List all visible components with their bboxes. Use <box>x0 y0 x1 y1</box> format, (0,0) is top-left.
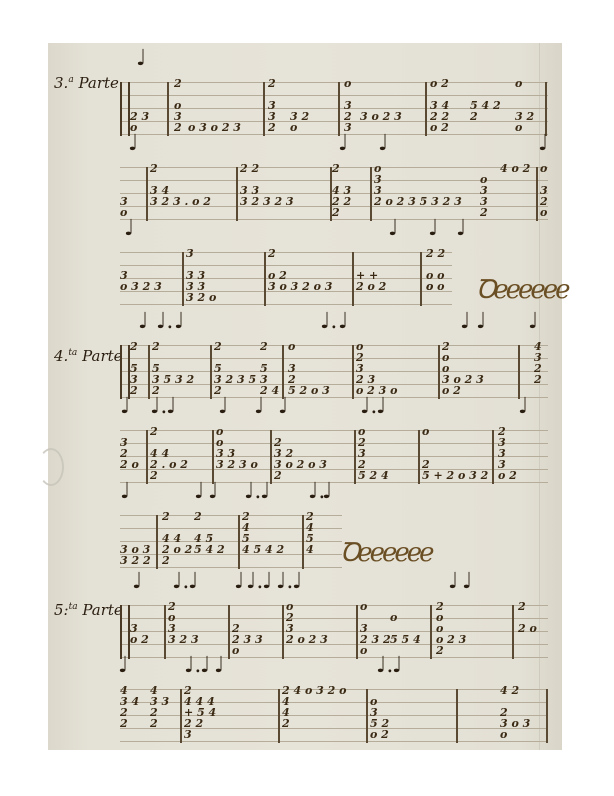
rhythm-signs: ♩ ♩ ♩ ♩ <box>48 133 562 165</box>
ending-flourish-icon: Ꝺeeeeee <box>476 270 568 306</box>
tablature-staff: 2532 253 5 3 22 253 2 3 52 2532 4 o325 2… <box>120 345 548 397</box>
tablature-staff: 3 o 33 2 2 24 42 o 22 24 55 4 2 2454 5 4… <box>120 515 342 567</box>
rhythm-signs: ♩ ♩ ♩ ♩ <box>48 218 562 250</box>
rhythm-signs: ♩ <box>48 48 562 80</box>
rhythm-signs: ♩ ♩. ♩ ♩ ♩ ♩ ♩. ♩ ♩ <box>48 396 562 428</box>
tablature-staff: 3o 2 2o33 2 3 22 3 3o o232 o 2 3 o32 3 2… <box>120 605 548 657</box>
rhythm-signs: ♩ ♩. ♩ ♩. ♩ ♩ ♩ ♩ <box>48 311 562 343</box>
section-label-5ta-parte: 5:ta Parte <box>54 601 123 619</box>
section-label-4ta-parte: 4.ta Parte <box>54 347 123 365</box>
tablature-staff: 3o 3 2 3 33 33 33 2 o 2o 23 o 3 2 o 3 + … <box>120 252 452 304</box>
tablature-staff: 2 3o 2o32 o 3 o 2 3 2332 3 2o o323 3 o 2… <box>120 82 548 134</box>
rhythm-signs: ♩ ♩ ♩ ♩. ♩ ♩. ♩ <box>48 481 562 513</box>
tablature-staff: 3o 23 43 2 3 . o 2 2 23 33 2 3 2 3 24 32… <box>120 167 548 219</box>
manuscript-page: 3.a Parte ♩ 2 3o 2o32 o 3 o 2 3 2332 3 2… <box>48 43 562 750</box>
rhythm-signs: ♩ ♩. ♩ ♩ ♩. ♩ ♩. ♩ ♩ ♩ <box>48 571 562 603</box>
tablature-staff: 43 422 43 322 24 4 4+ 5 42 23 2 4 o 3 2 … <box>120 689 548 741</box>
rhythm-signs: ♩ ♩. ♩ ♩ ♩. ♩ <box>48 655 562 687</box>
tablature-staff: 322 o 24 42 . o 22 oo3 33 2 3 o 23 23 o … <box>120 430 548 482</box>
ending-flourish-icon: Ꝺeeeeee <box>340 533 432 569</box>
